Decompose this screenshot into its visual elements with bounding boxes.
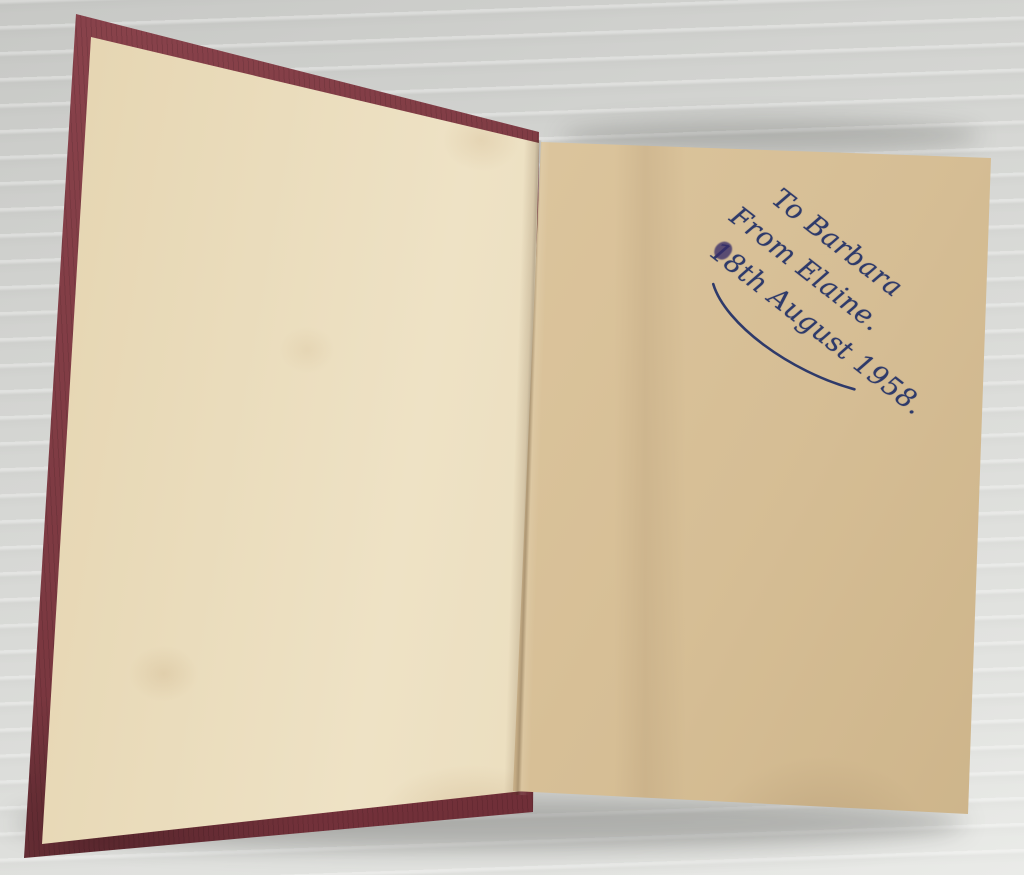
photo-open-book: To Barbara From Elaine. 18th August 1958… [0, 0, 1024, 875]
